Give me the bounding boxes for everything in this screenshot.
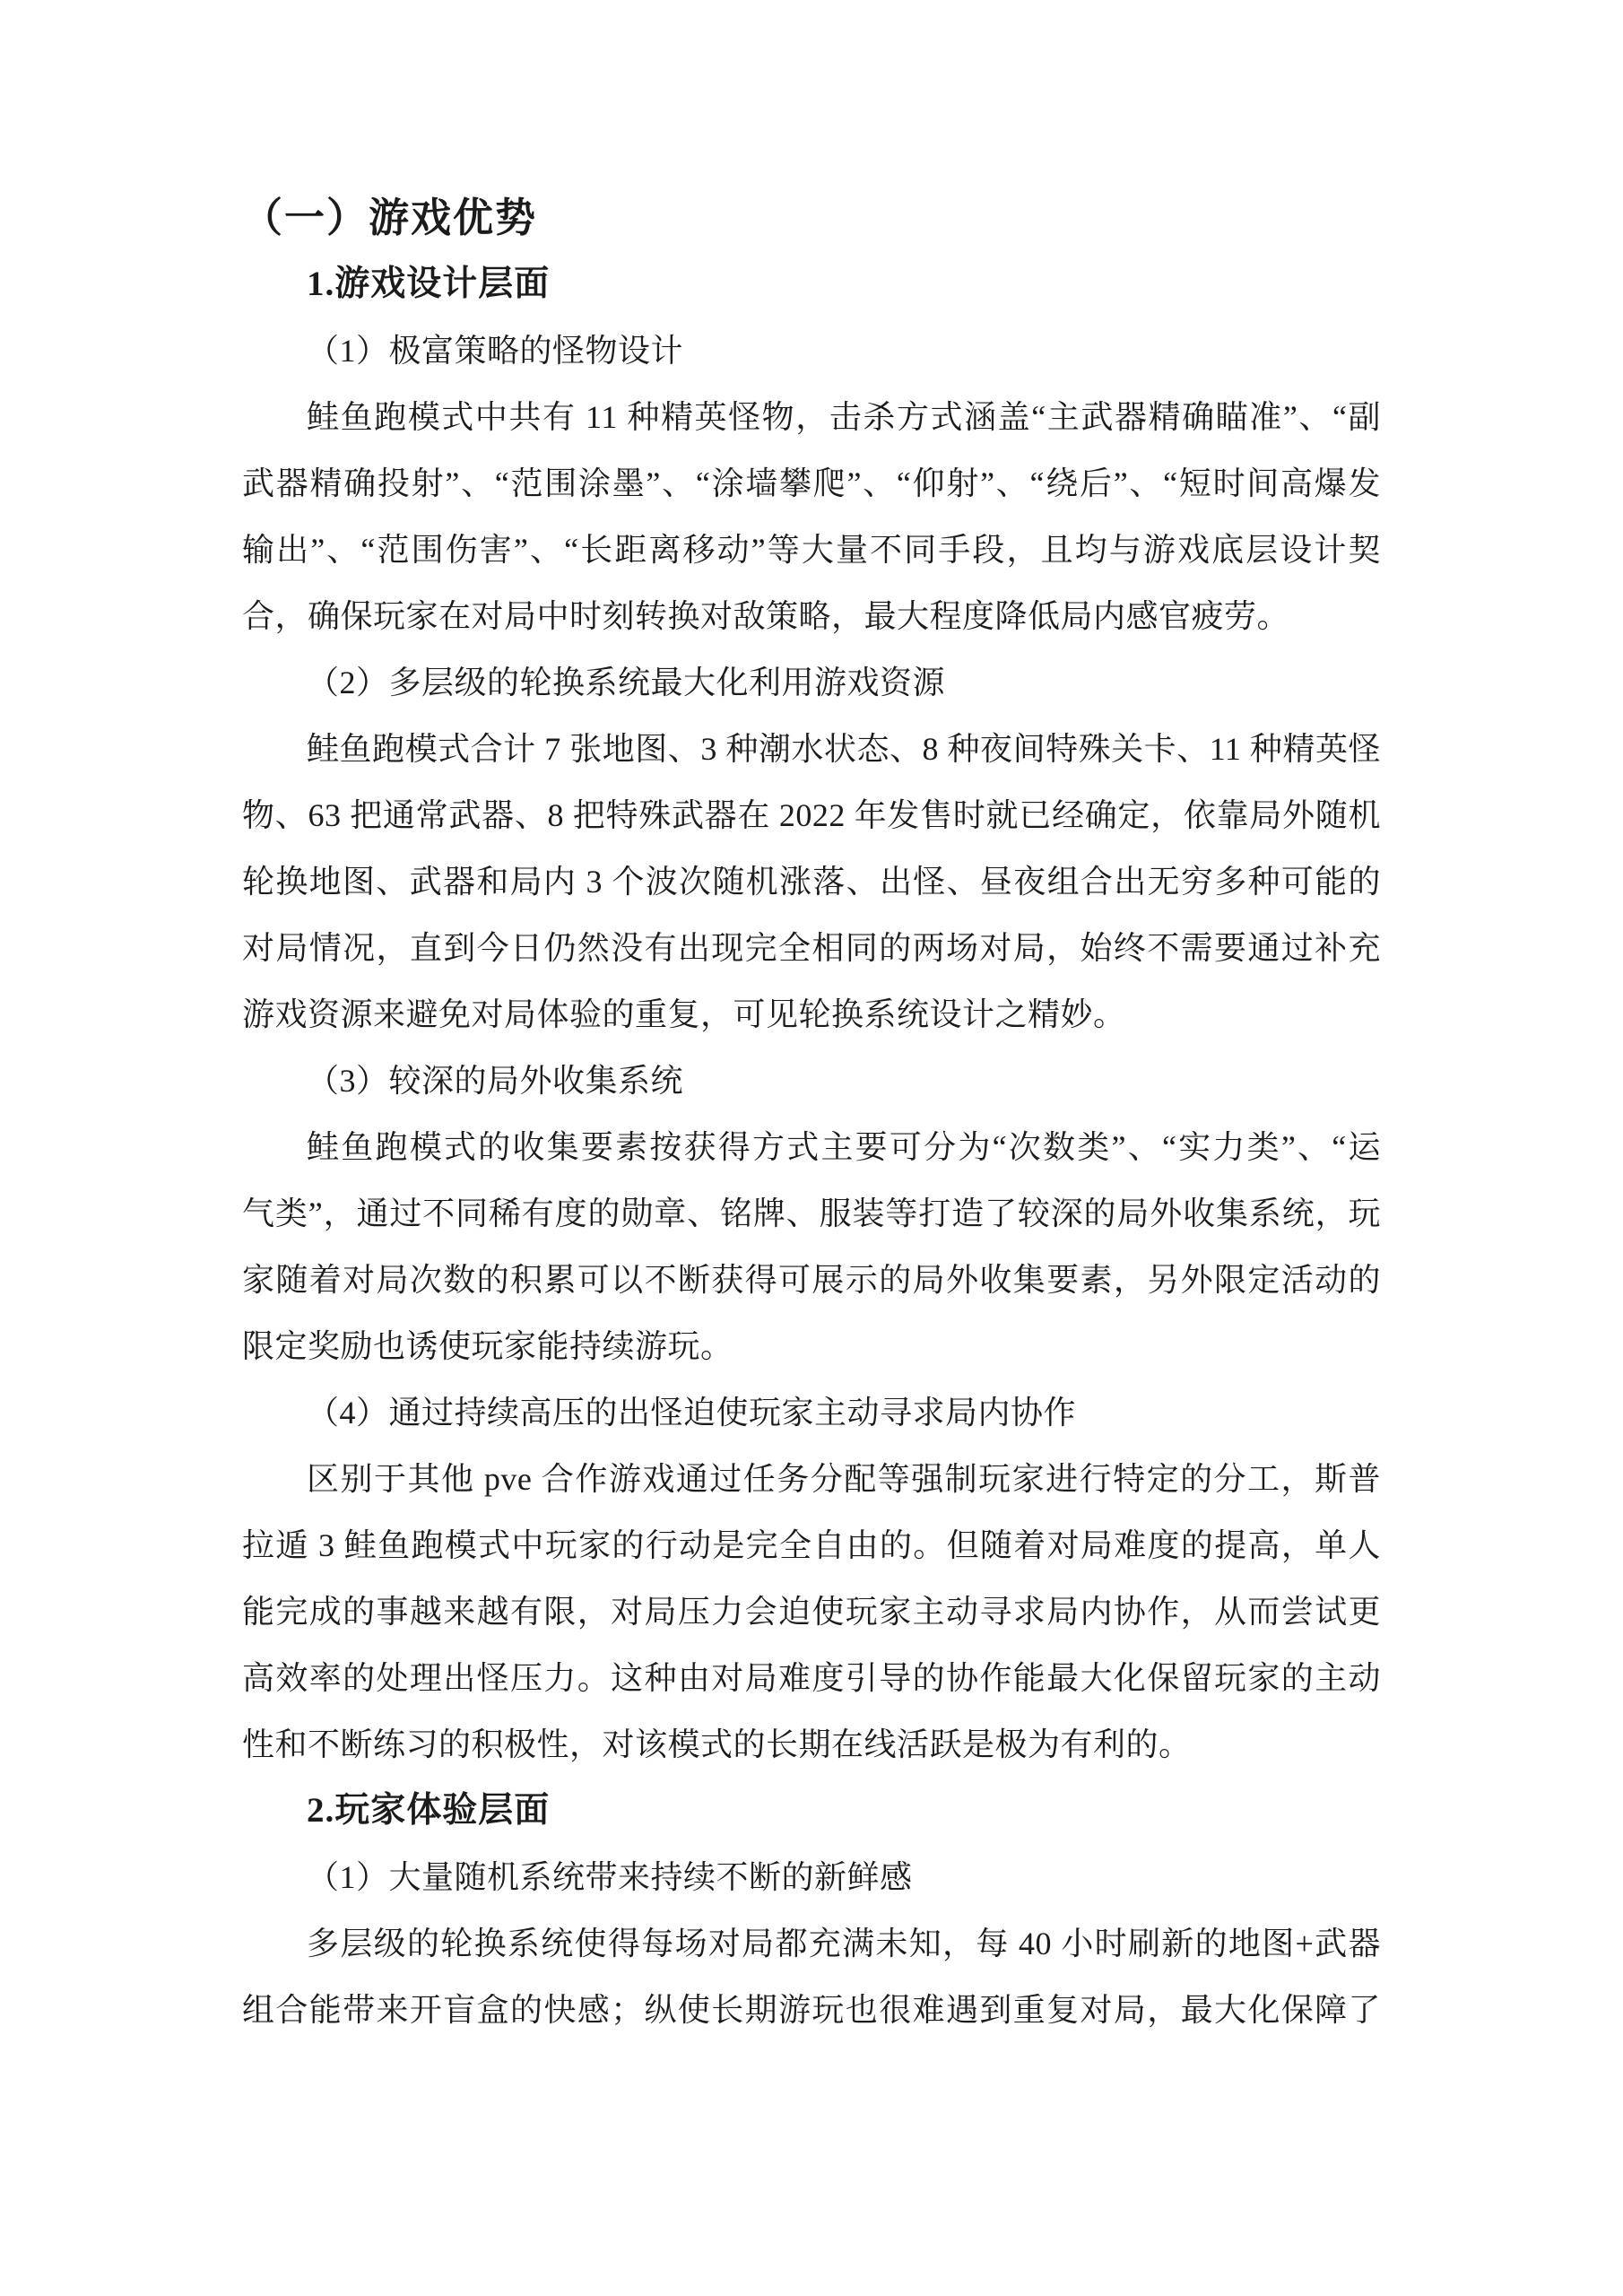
paragraph-line: 气类”，通过不同稀有度的勋章、铭牌、服装等打造了较深的局外收集系统，玩	[242, 1180, 1381, 1247]
paragraph-line: 拉遁 3 鲑鱼跑模式中玩家的行动是完全自由的。但随着对局难度的提高，单人	[242, 1512, 1381, 1578]
paragraph-line: 鲑鱼跑模式合计 7 张地图、3 种潮水状态、8 种夜间特殊关卡、11 种精英怪	[242, 716, 1381, 782]
paragraph-line: 对局情况，直到今日仍然没有出现完全相同的两场对局，始终不需要通过补充	[242, 915, 1381, 981]
item-heading: （2）多层级的轮换系统最大化利用游戏资源	[242, 649, 1381, 716]
paragraph-line: 轮换地图、武器和局内 3 个波次随机涨落、出怪、昼夜组合出无穷多种可能的	[242, 848, 1381, 915]
item-heading: （1）极富策略的怪物设计	[242, 317, 1381, 384]
subsection-heading: 1.游戏设计层面	[242, 251, 1381, 317]
section-heading: （一）游戏优势	[242, 185, 1381, 251]
paragraph-line: 游戏资源来避免对局体验的重复，可见轮换系统设计之精妙。	[242, 981, 1381, 1048]
document-page: （一）游戏优势1.游戏设计层面（1）极富策略的怪物设计鲑鱼跑模式中共有 11 种…	[0, 0, 1623, 2296]
paragraph-line: 武器精确投射”、“范围涂墨”、“涂墙攀爬”、“仰射”、“绕后”、“短时间高爆发	[242, 450, 1381, 517]
paragraph-line: 鲑鱼跑模式的收集要素按获得方式主要可分为“次数类”、“实力类”、“运	[242, 1114, 1381, 1180]
paragraph-line: 多层级的轮换系统使得每场对局都充满未知，每 40 小时刷新的地图+武器	[242, 1910, 1381, 1977]
paragraph-line: 高效率的处理出怪压力。这种由对局难度引导的协作能最大化保留玩家的主动	[242, 1645, 1381, 1711]
paragraph-line: 物、63 把通常武器、8 把特殊武器在 2022 年发售时就已经确定，依靠局外随…	[242, 782, 1381, 848]
item-heading: （4）通过持续高压的出怪迫使玩家主动寻求局内协作	[242, 1379, 1381, 1446]
paragraph-line: 性和不断练习的积极性，对该模式的长期在线活跃是极为有利的。	[242, 1711, 1381, 1778]
paragraph-line: 区别于其他 pve 合作游戏通过任务分配等强制玩家进行特定的分工，斯普	[242, 1446, 1381, 1512]
paragraph-line: 输出”、“范围伤害”、“长距离移动”等大量不同手段，且均与游戏底层设计契	[242, 517, 1381, 583]
paragraph-line: 限定奖励也诱使玩家能持续游玩。	[242, 1313, 1381, 1379]
paragraph-line: 家随着对局次数的积累可以不断获得可展示的局外收集要素，另外限定活动的	[242, 1247, 1381, 1313]
paragraph-line: 能完成的事越来越有限，对局压力会迫使玩家主动寻求局内协作，从而尝试更	[242, 1578, 1381, 1645]
paragraph-line: 鲑鱼跑模式中共有 11 种精英怪物，击杀方式涵盖“主武器精确瞄准”、“副	[242, 384, 1381, 450]
document-content: （一）游戏优势1.游戏设计层面（1）极富策略的怪物设计鲑鱼跑模式中共有 11 种…	[242, 185, 1381, 2043]
item-heading: （3）较深的局外收集系统	[242, 1048, 1381, 1114]
paragraph-line: 合，确保玩家在对局中时刻转换对敌策略，最大程度降低局内感官疲劳。	[242, 583, 1381, 649]
subsection-heading: 2.玩家体验层面	[242, 1778, 1381, 1844]
paragraph-line: 组合能带来开盲盒的快感；纵使长期游玩也很难遇到重复对局，最大化保障了	[242, 1977, 1381, 2043]
item-heading: （1）大量随机系统带来持续不断的新鲜感	[242, 1844, 1381, 1910]
